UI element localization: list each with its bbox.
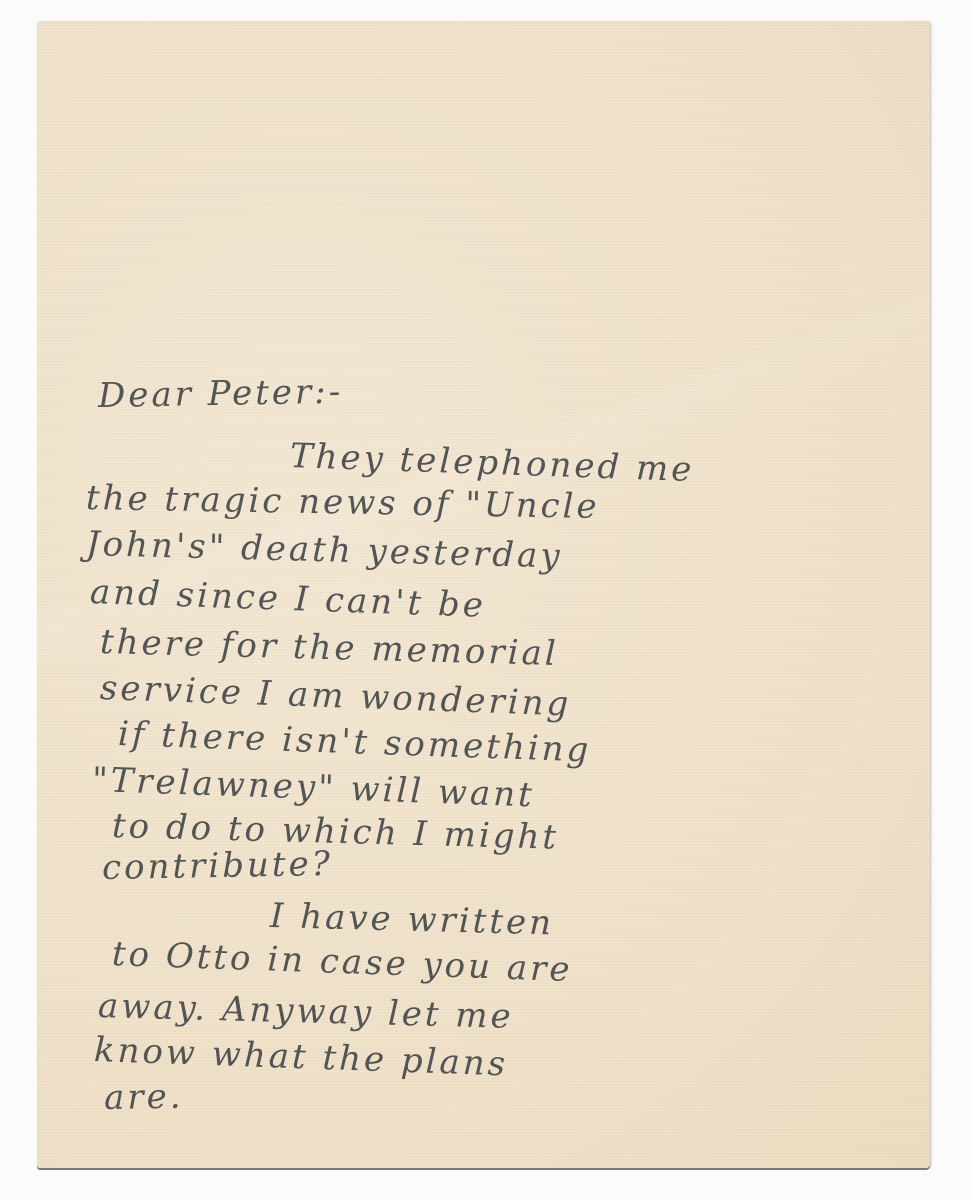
letter-line-15: are. [104, 1077, 184, 1118]
salutation: Dear Peter:- [98, 372, 344, 416]
letter-line-11: I have written [269, 896, 554, 943]
letter-line-10: contribute? [102, 844, 334, 888]
